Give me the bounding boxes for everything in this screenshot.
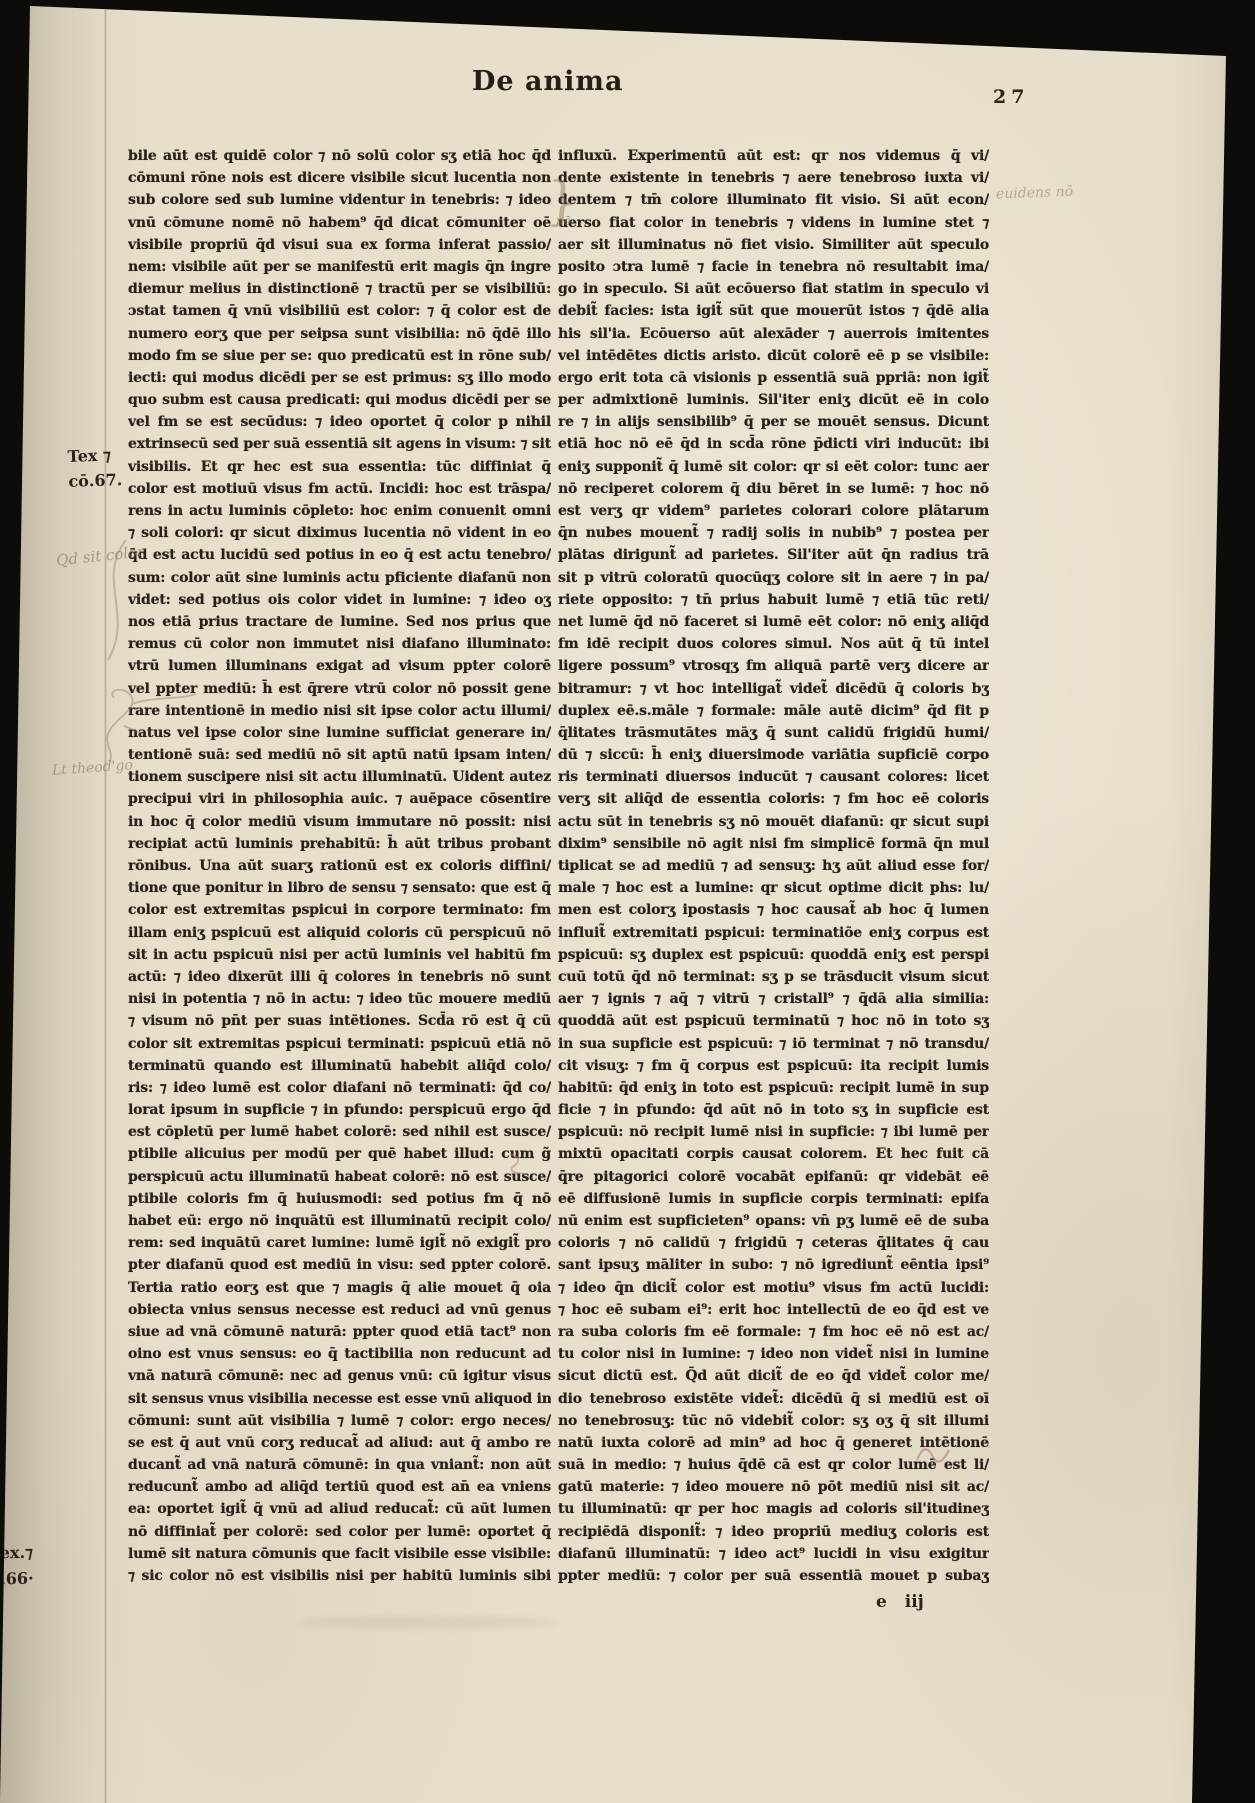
text-line: bitramur: ⁊ vt hoc intelligat̃ videt̃ di… xyxy=(558,678,989,700)
text-line: ⁊ soli colori: qr sicut diximus lucentia… xyxy=(128,522,551,544)
red-ink-squiggle xyxy=(914,1438,952,1468)
text-line: mixtū opacitati corpis causat colorem. E… xyxy=(558,1143,989,1165)
text-line: visibilis. Et qr hec est sua essentia: t… xyxy=(128,456,551,478)
text-line: q̄re pitagorici colorē vocabāt epifanū: … xyxy=(558,1166,989,1188)
text-line: sicut dictū est. Q̄d aūt dicit̃ de eo q̄… xyxy=(558,1365,989,1387)
text-line: posito ɔtra lumē ⁊ facie in tenebra nō r… xyxy=(558,256,989,278)
printed-margin-note-lower: ex.⁊ .66· xyxy=(0,1540,34,1593)
text-line: habitū: q̄d eniʒ in toto est pspicuū: re… xyxy=(558,1077,989,1099)
text-line: ptibile coloris fm q̄ huiusmodi: sed pot… xyxy=(128,1188,551,1210)
text-line: nō reciperet colorem q̄ diu bēret in se … xyxy=(558,478,989,500)
signature-mark: e iij xyxy=(876,1592,924,1612)
text-line: oino est vnus sensus: eo q̄ tactibilia n… xyxy=(128,1343,551,1365)
text-line: ɔstat tamen q̄ vnū visibiliū est color: … xyxy=(128,300,551,322)
text-line: tione que ponitur in libro de sensu ⁊ se… xyxy=(128,877,551,899)
text-line: lorat ipsum in supficie ⁊ in pfundo: per… xyxy=(128,1099,551,1121)
margin-note-line: cō.67. xyxy=(68,467,123,494)
text-line: uerso fiat color in tenebris ⁊ videns in… xyxy=(558,212,989,234)
text-line: lumē sit natura cōmunis que facit visibi… xyxy=(128,1543,551,1565)
text-line: influxū. Experimentū aūt est: qr nos vid… xyxy=(558,145,989,167)
margin-note-line: Tex ⁊ xyxy=(67,442,122,469)
text-line: nō diffiniat̃ per colorē: sed color per … xyxy=(128,1521,551,1543)
text-line: rem: sed inquātū caret lumine: lumē igit… xyxy=(128,1232,551,1254)
text-line: re ⁊ in alijs sensibilib⁹ q̄ per se mouē… xyxy=(558,411,989,433)
text-line: cit visuʒ: ⁊ fm q̄ corpus est pspicuū: i… xyxy=(558,1055,989,1077)
text-line: vnā naturā cōmunē: nec ad genus vnū: cū … xyxy=(128,1365,551,1387)
text-line: ergo erit tota cā visionis p essentiā su… xyxy=(558,367,989,389)
text-line: pspicuū: sʒ duplex est pspicuū: quoddā e… xyxy=(558,944,989,966)
text-line: etiā hoc nō eē q̄d in scd̄a rōne p̄dicti… xyxy=(558,433,989,455)
text-line: perspicuū actu illuminatū habeat colorē:… xyxy=(128,1166,551,1188)
text-line: Tertia ratio eorʒ est que ⁊ magis q̄ ali… xyxy=(128,1277,551,1299)
text-line: q̄d est actu lucidū sed potius in eo q̄ … xyxy=(128,544,551,566)
text-line: eē diffusionē lumis in supficie corpis t… xyxy=(558,1188,989,1210)
text-line: ⁊ hoc eē subam ei⁹: erit hoc intellectū … xyxy=(558,1299,989,1321)
text-line: go in speculo. Si aūt ecōuerso fiat stat… xyxy=(558,278,989,300)
text-line: pter diafanū quod est mediū in visu: sed… xyxy=(128,1254,551,1276)
text-line: his sil'ia. Ecōuerso aūt alexāder ⁊ auer… xyxy=(558,323,989,345)
text-line: cuū totū q̄d nō terminat: sʒ p se trāsdu… xyxy=(558,966,989,988)
text-line: iecti: qui modus dicēdi per se est primu… xyxy=(128,367,551,389)
text-line: sit in actu pspicuū nisi per actū lumini… xyxy=(128,944,551,966)
text-line: duplex eē.s.māle ⁊ formale: māle autē di… xyxy=(558,700,989,722)
printed-margin-note-upper: Tex ⁊ cō.67. xyxy=(67,442,123,494)
text-line: cōmuni rōne nois est dicere visibile sic… xyxy=(128,167,551,189)
text-line: terminatū quando est illuminatū habebit … xyxy=(128,1055,551,1077)
text-column-left: bile aūt est quidē color ⁊ nō solū color… xyxy=(128,145,551,1587)
handwritten-note-euidens: euidens nō xyxy=(996,184,1074,203)
text-line: quoddā aūt est pspicuū terminatū ⁊ hoc n… xyxy=(558,1010,989,1032)
text-line: sit sensus vnus visibilia necesse est es… xyxy=(128,1388,551,1410)
text-line: tiplicat se ad mediū ⁊ ad sensuʒ: hʒ aūt… xyxy=(558,855,989,877)
text-line: diemur melius in distinctionē ⁊ tractū p… xyxy=(128,278,551,300)
photo-backdrop: De anima 27 bile aūt est quidē color ⁊ n… xyxy=(0,0,1255,1803)
text-line: reducunt̃ ambo ad aliq̄d tertiū quod est… xyxy=(128,1476,551,1498)
text-line: verʒ sit aliq̄d de essentia coloris: ⁊ f… xyxy=(558,788,989,810)
text-line: ris terminati diuersos inducūt ⁊ causant… xyxy=(558,766,989,788)
text-line: actū: ⁊ ideo dixerūt illi q̄ colores in … xyxy=(128,966,551,988)
text-line: vtrū lumen illuminans exigat ad visum pp… xyxy=(128,655,551,677)
text-column-right: influxū. Experimentū aūt est: qr nos vid… xyxy=(558,145,989,1587)
gutter-crease xyxy=(104,0,107,1803)
text-line: in sua supficie est pspicuū: ⁊ iō termin… xyxy=(558,1033,989,1055)
text-line: bile aūt est quidē color ⁊ nō solū color… xyxy=(128,145,551,167)
text-line: q̄n nubes mouent̃ ⁊ radij solis in nubib… xyxy=(558,522,989,544)
text-line: rens in actu luminis cōpleto: hoc enim c… xyxy=(128,500,551,522)
text-line: q̄litates trāsmutātes māʒ q̄ sunt calidū… xyxy=(558,722,989,744)
text-line: ⁊ sic color nō est visibilis nisi per ha… xyxy=(128,1565,551,1587)
text-line: nem: visibile aūt per se manifestū erit … xyxy=(128,256,551,278)
text-line: nū enim est supficieten⁹ opans: vn̄ pʒ l… xyxy=(558,1210,989,1232)
text-line: fm idē recipit duos colores simul. Nos a… xyxy=(558,633,989,655)
text-line: aer ⁊ ignis ⁊ aq̄ ⁊ vitrū ⁊ cristall⁹ ⁊ … xyxy=(558,988,989,1010)
text-line: sum: color aūt sine luminis actu pficien… xyxy=(128,567,551,589)
ink-smudge xyxy=(300,1616,560,1629)
text-line: color est extremitas pspicui in corpore … xyxy=(128,899,551,921)
text-line: male ⁊ hoc est a lumine: qr sicut optime… xyxy=(558,877,989,899)
text-line: dio tenebroso existēte videt̃: dicēdū q̄… xyxy=(558,1388,989,1410)
text-line: illam eniʒ pspicuū est aliquid coloris c… xyxy=(128,922,551,944)
folio-number: 27 xyxy=(993,86,1029,108)
text-line: dū ⁊ siccū: h̄ eniʒ diuersimode variātia… xyxy=(558,744,989,766)
text-line: no tenebrosuʒ: tūc nō videbit̃ color: sʒ… xyxy=(558,1410,989,1432)
text-line: habet eū: ergo nō inquātū est illuminatū… xyxy=(128,1210,551,1232)
text-line: ficie ⁊ in pfundo: q̄d aūt nō in toto sʒ… xyxy=(558,1099,989,1121)
text-line: remus cū color non immutet nisi diafano … xyxy=(128,633,551,655)
text-line: sub colore sed sub lumine videntur in te… xyxy=(128,189,551,211)
margin-note-line: .66· xyxy=(0,1566,34,1593)
text-line: rōnibus. Una aūt suarʒ rationū est ex co… xyxy=(128,855,551,877)
text-line: nos etiā prius tractare de lumine. Sed n… xyxy=(128,611,551,633)
text-line: plātas dirigunt̃ ad parietes. Sil'iter a… xyxy=(558,544,989,566)
text-line: tu illuminatū: qr per hoc magis ad color… xyxy=(558,1498,989,1520)
text-line: modo fm se siue per se: quo predicatū es… xyxy=(128,345,551,367)
text-line: debit̃ facies: ista igit̃ sūt que mouerū… xyxy=(558,300,989,322)
text-line: visibile propriū q̄d visui sua ex forma … xyxy=(128,234,551,256)
text-line: aer sit illuminatus nō fiet visio. Simil… xyxy=(558,234,989,256)
text-line: est verʒ qr videm⁹ parietes colorari col… xyxy=(558,500,989,522)
text-line: ⁊ ideo q̄n dicit̃ color est motiu⁹ visus… xyxy=(558,1277,989,1299)
text-line: precipui viri in philosophia auic. ⁊ auē… xyxy=(128,788,551,810)
text-line: actu sūt in tenebris sʒ nō mouēt diafanū… xyxy=(558,811,989,833)
text-line: vel intēdētes dictis aristo. dicūt color… xyxy=(558,345,989,367)
text-line: dixim⁹ sensibile nō agit nisi fm simplic… xyxy=(558,833,989,855)
text-line: ea: oportet igit̃ q̄ vnū ad aliud reduca… xyxy=(128,1498,551,1520)
manicule-doodle xyxy=(84,686,199,791)
text-line: ptibile alicuius per modū per quē habet … xyxy=(128,1143,551,1165)
text-line: est cōpletū per lumē habet colorē: sed n… xyxy=(128,1121,551,1143)
text-line: se est q̄ aut vnū corʒ reducat̃ ad aliud… xyxy=(128,1432,551,1454)
text-line: per admixtionē luminis. Sil'iter eniʒ di… xyxy=(558,389,989,411)
text-line: coloris ⁊ nō calidū ⁊ frigidū ⁊ ceteras … xyxy=(558,1232,989,1254)
text-line: men est colorʒ ipostasis ⁊ hoc causat̃ a… xyxy=(558,899,989,921)
text-line: eniʒ supponit̃ q̄ lumē sit color: qr si … xyxy=(558,456,989,478)
text-line: ra suba coloris fm eē formale: ⁊ fm hoc … xyxy=(558,1321,989,1343)
text-line: diafanū illuminatū: ⁊ ideo act⁹ lucidi i… xyxy=(558,1543,989,1565)
handwritten-gutter-note: nō xyxy=(556,214,571,228)
text-line: nisi in potentia ⁊ nō in actu: ⁊ ideo tū… xyxy=(128,988,551,1010)
book-page: De anima 27 bile aūt est quidē color ⁊ n… xyxy=(0,0,1255,1803)
text-line: color est motiuū visus fm actū. Incidi: … xyxy=(128,478,551,500)
text-line: gatū materie: ⁊ ideo mouere nō pōt mediū… xyxy=(558,1476,989,1498)
text-line: sit p vitrū coloratū quocūqʒ colore sit … xyxy=(558,567,989,589)
text-line: color sit extremitas pspicui terminati: … xyxy=(128,1033,551,1055)
text-line: dente existente in tenebris ⁊ aere teneb… xyxy=(558,167,989,189)
text-line: numero eorʒ que per seipsa sunt visibili… xyxy=(128,323,551,345)
text-line: ris: ⁊ ideo lumē est color diafani nō te… xyxy=(128,1077,551,1099)
text-line: riete opposito: ⁊ tn̄ prius habuit lumē … xyxy=(558,589,989,611)
text-line: obiecta vnius sensus necesse est reduci … xyxy=(128,1299,551,1321)
text-line: videt: sed potius ois color videt in lum… xyxy=(128,589,551,611)
text-line: ligere possum⁹ vtrosqʒ fm aliquā partē v… xyxy=(558,655,989,677)
text-line: pspicuū: nō recipit lumē nisi in supfici… xyxy=(558,1121,989,1143)
text-line: in hoc q̄ color mediū visum immutare nō … xyxy=(128,811,551,833)
text-line: dentem ⁊ tm̄ colore illuminato fit visio… xyxy=(558,189,989,211)
text-line: ⁊ visum nō pn̄t per suas intētiones. Scd… xyxy=(128,1010,551,1032)
text-line: recipiēdā disponit̃: ⁊ ideo propriū medi… xyxy=(558,1521,989,1543)
text-line: influit̃ extremitati pspicui: terminatiō… xyxy=(558,922,989,944)
text-line: tu color nisi in lumine: ⁊ ideo non vide… xyxy=(558,1343,989,1365)
text-line: cōmuni: sunt aūt visibilia ⁊ lumē ⁊ colo… xyxy=(128,1410,551,1432)
margin-note-line: ex.⁊ xyxy=(0,1540,33,1567)
text-line: vel fm se est secūdus: ⁊ ideo oportet q̄… xyxy=(128,411,551,433)
pen-flourish-doodle xyxy=(100,538,142,673)
text-line: extrinsecū sed per suā essentiā sit agen… xyxy=(128,433,551,455)
running-title: De anima xyxy=(472,66,623,97)
text-line: net lumē q̄d nō faceret si lumē eēt colo… xyxy=(558,611,989,633)
text-line: quo subm est causa predicati: qui modus … xyxy=(128,389,551,411)
red-ink-mark xyxy=(506,1150,528,1176)
text-line: sant ipsuʒ māliter in subo: ⁊ nō igrediu… xyxy=(558,1254,989,1276)
text-line: recipiat actū luminis prehabitū: h̄ aūt … xyxy=(128,833,551,855)
text-line: vnū cōmune nomē nō habem⁹ q̄d dicat cōmu… xyxy=(128,212,551,234)
text-line: ppter mediū: ⁊ color per suā essentiā mo… xyxy=(558,1565,989,1587)
text-line: ducant̃ ad vnā naturā cōmunē: in qua vni… xyxy=(128,1454,551,1476)
text-line: siue ad vnā cōmunē naturā: ppter quod et… xyxy=(128,1321,551,1343)
